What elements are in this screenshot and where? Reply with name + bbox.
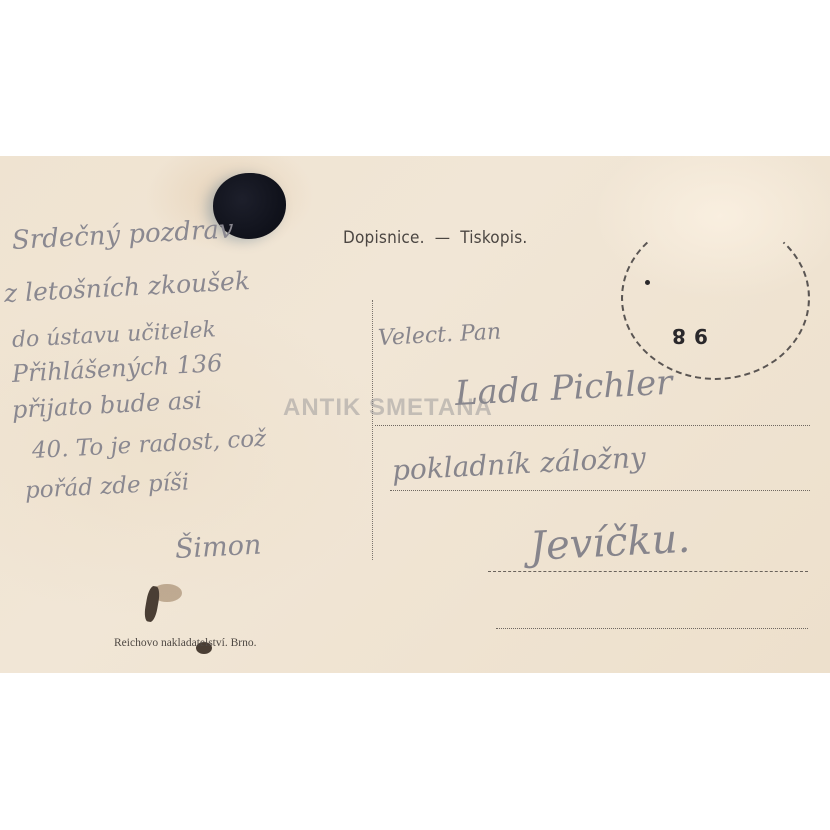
address-line xyxy=(375,425,810,426)
watermark: ANTIK SMETANA xyxy=(283,394,493,422)
signature: Šimon xyxy=(174,529,262,564)
message-line: přijato bude asi xyxy=(11,386,203,424)
message-line: z letošních zkoušek xyxy=(3,266,250,308)
postmark-dot xyxy=(645,280,650,285)
message-line: do ústavu učitelek xyxy=(11,317,216,353)
header-dash: — xyxy=(435,228,451,248)
message-line: Srdečný pozdrav xyxy=(11,214,234,256)
address-salutation: Velect. Pan xyxy=(377,320,501,351)
message-line: Přihlášených 136 xyxy=(11,349,223,388)
address-title: pokladník záložny xyxy=(391,441,646,487)
publisher-imprint: Reichovo nakladatelství. Brno. xyxy=(114,637,256,649)
address-town: Jevíčku. xyxy=(529,516,691,570)
postmark-digits: 98 xyxy=(664,324,708,348)
address-line xyxy=(496,628,808,629)
header-dopisnice: Dopisnice. xyxy=(343,228,425,248)
postmark-circle xyxy=(621,216,810,380)
printed-header: Dopisnice.—Tiskopis. xyxy=(343,228,527,248)
postcard: Dopisnice.—Tiskopis. 98 Srdečný pozdrav … xyxy=(0,156,830,673)
message-line: pořád zde píši xyxy=(24,469,189,504)
header-tiskopis: Tiskopis. xyxy=(460,228,527,248)
stain-mark xyxy=(143,585,161,623)
address-line xyxy=(390,490,810,491)
message-line: 40. To je radost, což xyxy=(31,426,266,464)
address-line xyxy=(488,571,808,572)
divider-vertical xyxy=(372,300,373,560)
